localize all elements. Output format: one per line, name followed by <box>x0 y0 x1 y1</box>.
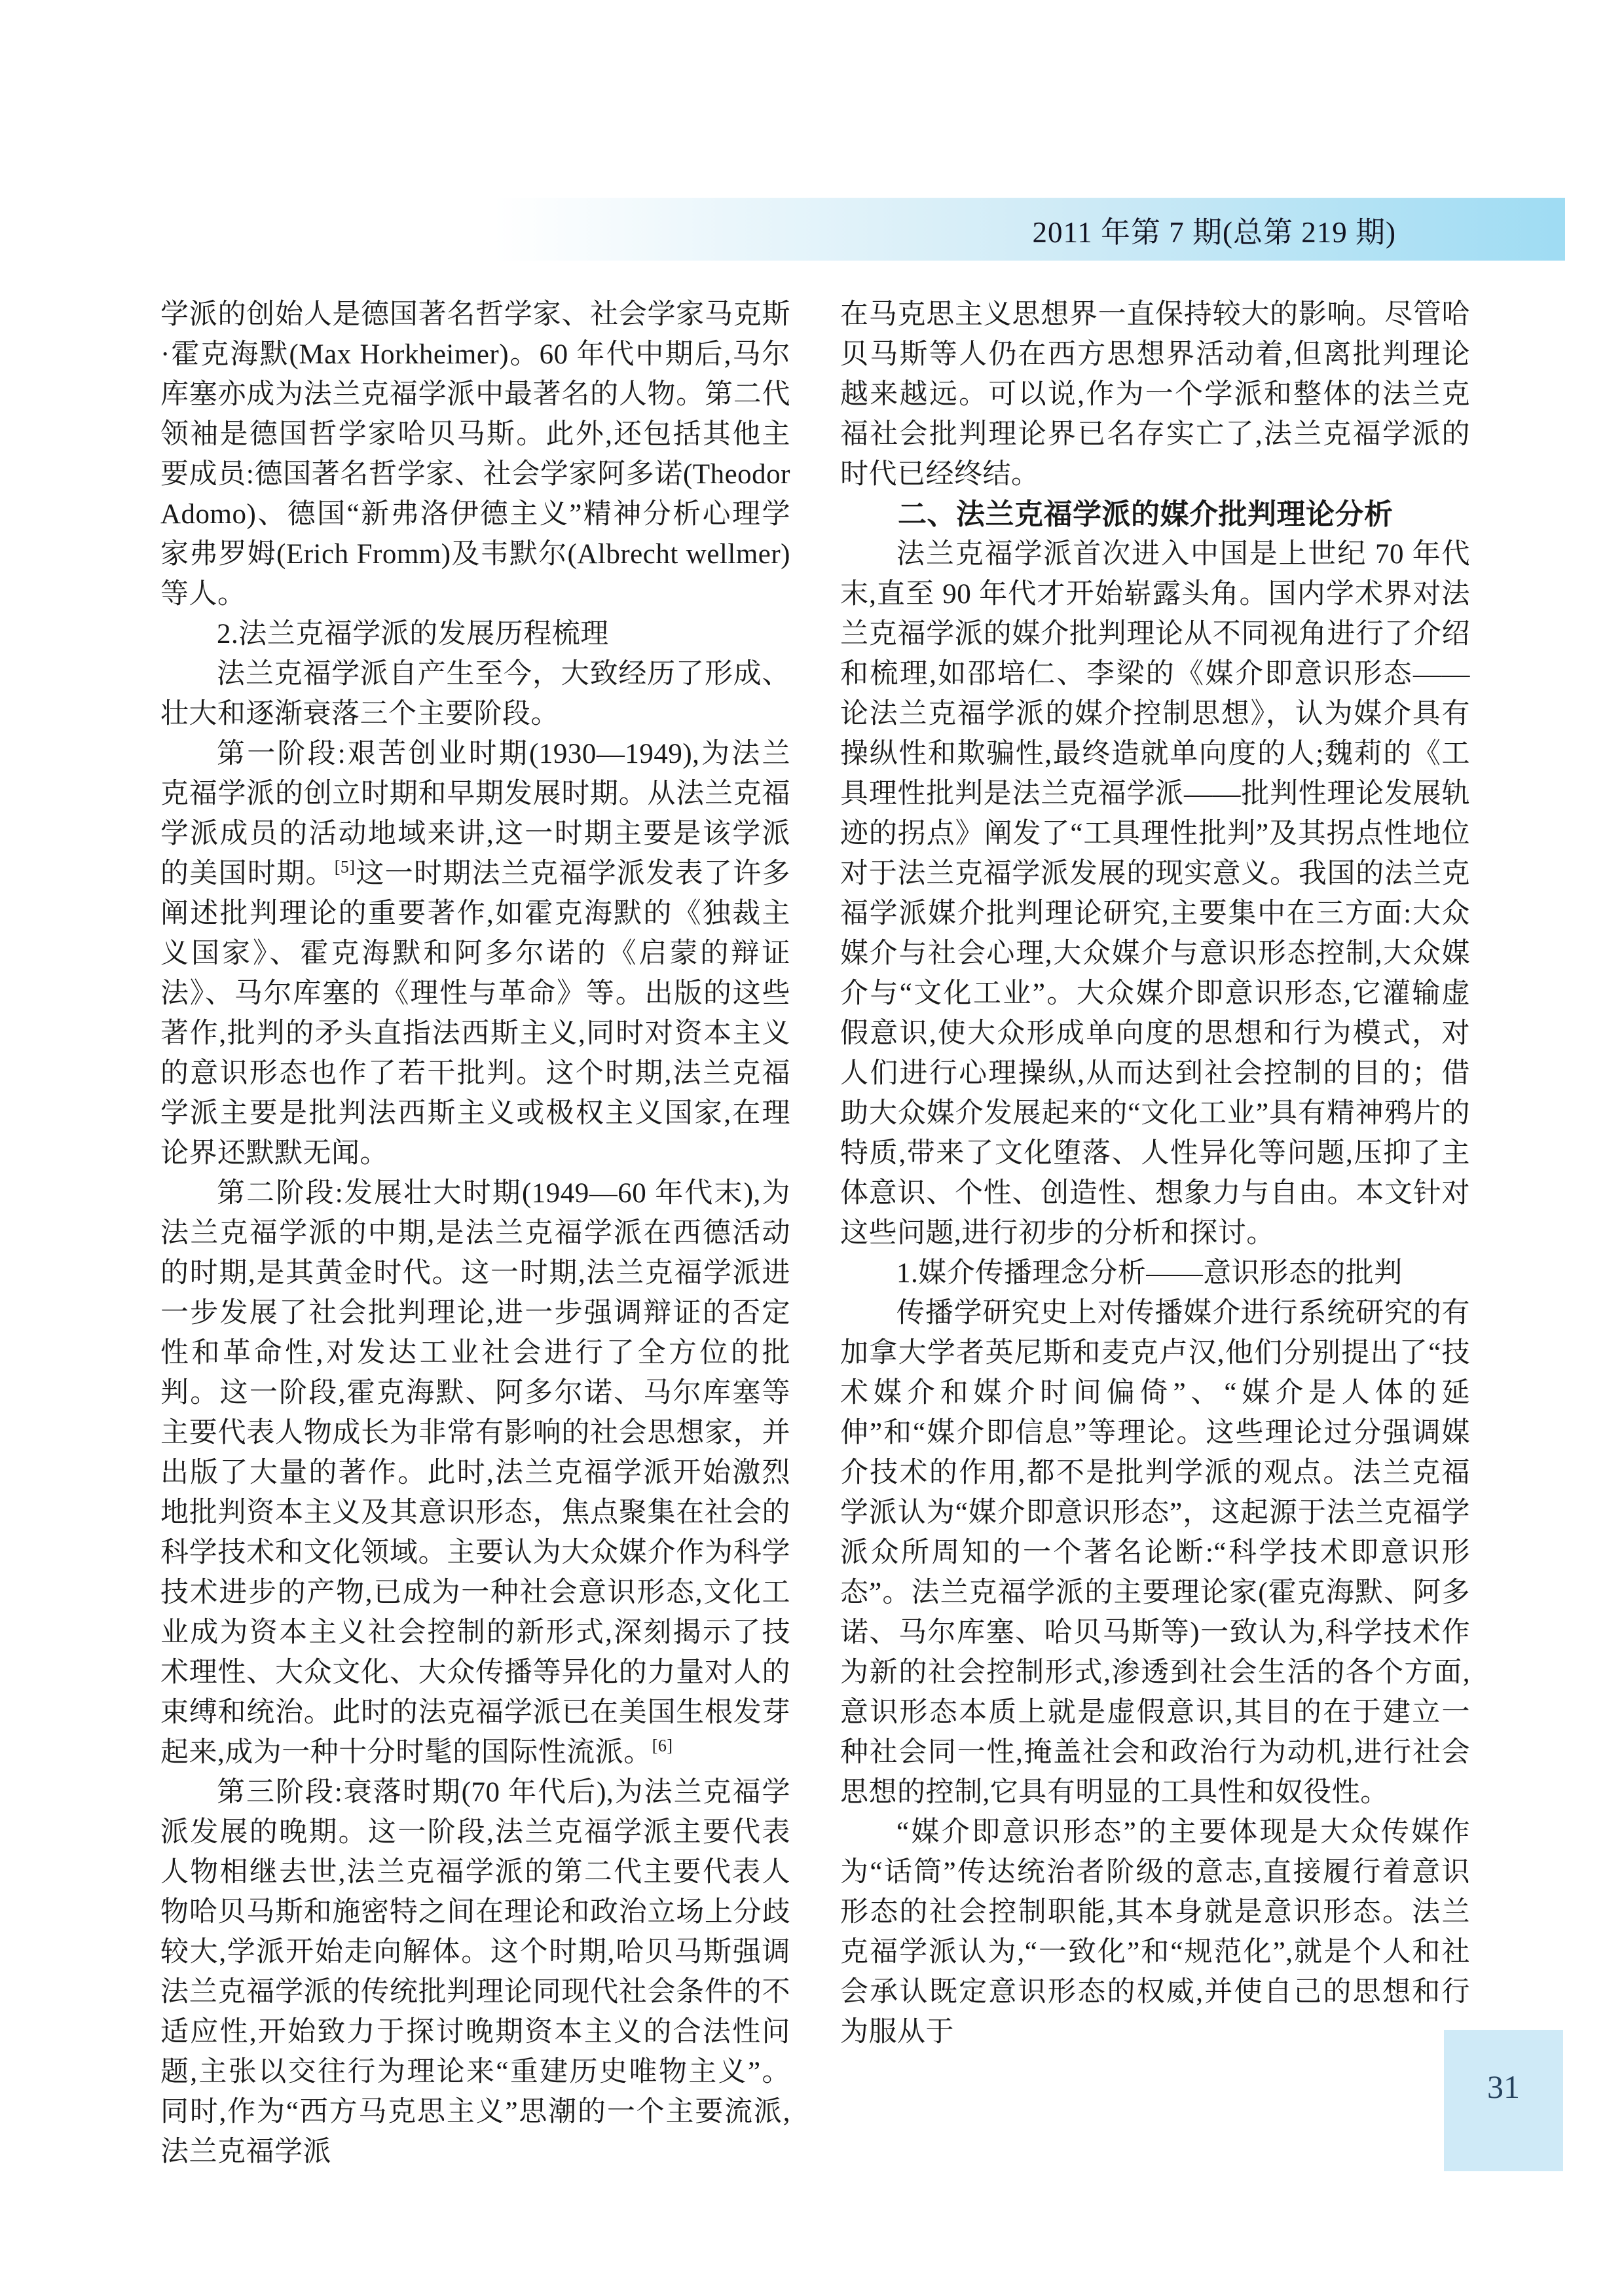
left-column: 学派的创始人是德国著名哲学家、社会学家马克斯·霍克海默(Max Horkheim… <box>160 295 790 2172</box>
paragraph-text: 这一时期法兰克福学派发表了许多阐述批判理论的重要著作,如霍克海默的《独裁主义国家… <box>160 858 790 1169</box>
paragraph: 法兰克福学派自产生至今，大致经历了形成、壮大和逐渐衰落三个主要阶段。 <box>160 654 790 734</box>
page-number: 31 <box>1487 2068 1520 2106</box>
issue-label: 2011 年第 7 期(总第 219 期) <box>1032 208 1565 251</box>
footnote-ref-6: [6] <box>652 1736 673 1755</box>
paragraph: 第二阶段:发展壮大时期(1949—60 年代末),为法兰克福学派的中期,是法兰克… <box>160 1173 790 1772</box>
paragraph: 法兰克福学派首次进入中国是上世纪 70 年代末,直至 90 年代才开始崭露头角。… <box>840 534 1470 1253</box>
journal-header-bar: 2011 年第 7 期(总第 219 期) <box>494 198 1565 261</box>
footnote-ref-5: [5] <box>335 858 356 877</box>
paragraph-text: 第二阶段:发展壮大时期(1949—60 年代末),为法兰克福学派的中期,是法兰克… <box>160 1178 790 1768</box>
sub-heading: 1.媒介传播理念分析——意识形态的批判 <box>840 1253 1470 1293</box>
page-number-box: 31 <box>1444 2030 1563 2171</box>
paragraph: 第一阶段:艰苦创业时期(1930—1949),为法兰克福学派的创立时期和早期发展… <box>160 734 790 1173</box>
paragraph: 传播学研究史上对传播媒介进行系统研究的有加拿大学者英尼斯和麦克卢汉,他们分别提出… <box>840 1293 1470 1812</box>
section-heading: 二、法兰克福学派的媒介批判理论分析 <box>840 494 1470 534</box>
right-column: 在马克思主义思想界一直保持较大的影响。尽管哈贝马斯等人仍在西方思想界活动着,但离… <box>840 295 1470 2052</box>
sub-heading: 2.法兰克福学派的发展历程梳理 <box>160 614 790 654</box>
paragraph: 在马克思主义思想界一直保持较大的影响。尽管哈贝马斯等人仍在西方思想界活动着,但离… <box>840 295 1470 494</box>
paragraph: 第三阶段:衰落时期(70 年代后),为法兰克福学派发展的晚期。这一阶段,法兰克福… <box>160 1772 790 2172</box>
paragraph: 学派的创始人是德国著名哲学家、社会学家马克斯·霍克海默(Max Horkheim… <box>160 295 790 614</box>
paragraph: “媒介即意识形态”的主要体现是大众传媒作为“话筒”传达统治者阶级的意志,直接履行… <box>840 1812 1470 2052</box>
